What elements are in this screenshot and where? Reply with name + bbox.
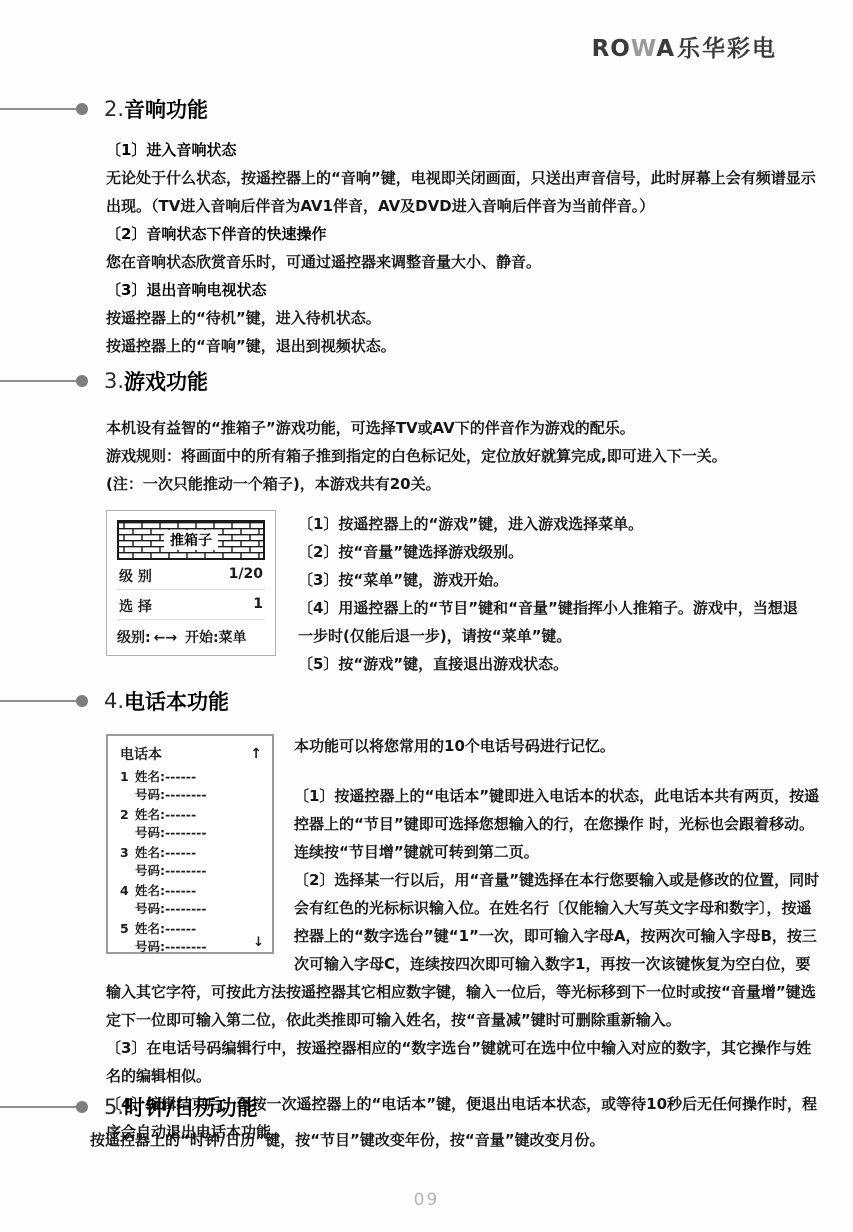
game-level-value: 1/20	[229, 566, 263, 586]
section-marker-line	[0, 380, 76, 382]
entry-number: 5	[120, 920, 135, 956]
section-clock: 5. 时钟/日历功能 按遥控器上的“时钟/日历”键，按“节目”键改变年份，按“音…	[0, 1092, 853, 1154]
paragraph: 无论处于什么状态，按遥控器上的“音响”键，电视即关闭画面，只送出声音信号，此时屏…	[106, 164, 820, 220]
phonebook-entry: 5 姓名:------号码:--------	[120, 920, 262, 956]
section-marker-line	[0, 108, 76, 110]
paragraph: 您在音响状态欣赏音乐时，可通过遥控器来调整音量大小、静音。	[106, 248, 820, 276]
down-arrow-icon: ↓	[253, 935, 264, 950]
section-audio-content: 〔1〕进入音响状态 无论处于什么状态，按遥控器上的“音响”键，电视即关闭画面，只…	[106, 136, 820, 360]
game-select-value: 1	[253, 596, 263, 616]
section-game: 3. 游戏功能 本机设有益智的“推箱子”游戏功能，可选择TV或AV下的伴音作为游…	[0, 366, 853, 678]
entry-name: 姓名:------	[135, 920, 207, 938]
game-select-label: 选 择	[119, 596, 152, 616]
subheading: 〔2〕音响状态下伴音的快速操作	[106, 220, 820, 248]
up-arrow-icon: ↑	[250, 746, 262, 762]
section-phonebook-heading: 4. 电话本功能	[0, 686, 853, 716]
entry-phone: 号码:--------	[135, 786, 207, 804]
section-bullet-icon	[76, 1101, 88, 1113]
game-level-row: 级 别 1/20	[117, 560, 265, 590]
section-title: 时钟/日历功能	[124, 1092, 258, 1122]
game-hint-row: 级别:←→ 开始:菜单	[117, 627, 265, 647]
phonebook-title: 电话本	[120, 744, 162, 764]
entry-name: 姓名:------	[135, 806, 207, 824]
paragraph: 按遥控器上的“音响”键，退出到视频状态。	[106, 332, 820, 360]
game-osd-row: 推箱子 级 别 1/20 选 择 1 级别:←→ 开始:菜单 〔1〕按	[106, 510, 820, 678]
section-phonebook-content: 电话本 ↑ 1 姓名:------号码:-------- 2 姓名:------…	[106, 732, 820, 1146]
entry-phone: 号码:--------	[135, 862, 207, 880]
subheading: 〔3〕退出音响电视状态	[106, 276, 820, 304]
entry-phone: 号码:--------	[135, 938, 207, 956]
phonebook-entry: 2 姓名:------号码:--------	[120, 806, 262, 842]
section-game-content: 本机设有益智的“推箱子”游戏功能，可选择TV或AV下的伴音作为游戏的配乐。 游戏…	[106, 414, 820, 678]
section-number: 3.	[104, 369, 124, 393]
entry-number: 4	[120, 882, 135, 918]
section-title: 电话本功能	[124, 686, 229, 716]
level-hint-label: 级别:	[117, 630, 151, 646]
paragraph: 本机设有益智的“推箱子”游戏功能，可选择TV或AV下的伴音作为游戏的配乐。	[106, 414, 820, 442]
brand-logo: ROWA乐华彩电	[592, 30, 777, 63]
paragraph: 游戏规则：将画面中的所有箱子推到指定的白色标记处，定位放好就算完成,即可进入下一…	[106, 442, 820, 470]
section-phonebook: 4. 电话本功能 电话本 ↑ 1 姓名:------号码:-------- 2 …	[0, 686, 853, 1146]
phonebook-osd-box: 电话本 ↑ 1 姓名:------号码:-------- 2 姓名:------…	[106, 734, 274, 954]
entry-name: 姓名:------	[135, 768, 207, 786]
paragraph: (注：一次只能推动一个箱子)，本游戏共有20关。	[106, 470, 820, 498]
section-number: 4.	[104, 689, 124, 713]
phonebook-entry: 4 姓名:------号码:--------	[120, 882, 262, 918]
entry-phone: 号码:--------	[135, 900, 207, 918]
game-step: 〔4〕用遥控器上的“节目”键和“音量”键指挥小人推箱子。游戏中，当想退一步时(仅…	[298, 594, 803, 650]
brand-logo-chinese: 乐华彩电	[677, 36, 777, 62]
entry-name: 姓名:------	[135, 844, 207, 862]
game-select-row: 选 择 1	[117, 590, 265, 620]
entry-name: 姓名:------	[135, 882, 207, 900]
entry-number: 2	[120, 806, 135, 842]
section-game-heading: 3. 游戏功能	[0, 366, 853, 396]
entry-phone: 号码:--------	[135, 824, 207, 842]
game-step: 〔2〕按“音量”键选择游戏级别。	[298, 538, 803, 566]
start-hint-label: 开始:菜单	[185, 630, 247, 646]
subheading: 〔1〕进入音响状态	[106, 136, 820, 164]
phonebook-entry: 3 姓名:------号码:--------	[120, 844, 262, 880]
section-title: 音响功能	[124, 94, 208, 124]
paragraph: 按遥控器上的“待机”键，进入待机状态。	[106, 304, 820, 332]
section-marker-line	[0, 700, 76, 702]
section-clock-content: 按遥控器上的“时钟/日历”键，按“节目”键改变年份，按“音量”键改变月份。	[90, 1126, 820, 1154]
brand-logo-a: A	[656, 36, 675, 62]
game-brick-banner: 推箱子	[117, 520, 265, 560]
section-bullet-icon	[76, 103, 88, 115]
section-marker-line	[0, 1106, 76, 1108]
section-number: 2.	[104, 97, 124, 121]
section-clock-heading: 5. 时钟/日历功能	[0, 1092, 853, 1122]
game-osd-box: 推箱子 级 别 1/20 选 择 1 级别:←→ 开始:菜单	[106, 510, 276, 656]
paragraph: 按遥控器上的“时钟/日历”键，按“节目”键改变年份，按“音量”键改变月份。	[90, 1126, 820, 1154]
brand-logo-ro: RO	[592, 36, 631, 62]
game-steps: 〔1〕按遥控器上的“游戏”键，进入游戏选择菜单。 〔2〕按“音量”键选择游戏级别…	[298, 510, 803, 678]
paragraph: 〔3〕在电话号码编辑行中，按遥控器相应的“数字选台”键就可在选中位中输入对应的数…	[106, 1034, 820, 1090]
game-step: 〔3〕按“菜单”键，游戏开始。	[298, 566, 803, 594]
manual-page: ROWA乐华彩电 2. 音响功能 〔1〕进入音响状态 无论处于什么状态，按遥控器…	[0, 0, 853, 1232]
section-number: 5.	[104, 1095, 124, 1119]
section-bullet-icon	[76, 695, 88, 707]
brand-logo-w: W	[631, 36, 656, 62]
section-bullet-icon	[76, 375, 88, 387]
game-step: 〔5〕按“游戏”键，直接退出游戏状态。	[298, 650, 803, 678]
section-audio-heading: 2. 音响功能	[0, 94, 853, 124]
game-step: 〔1〕按遥控器上的“游戏”键，进入游戏选择菜单。	[298, 510, 803, 538]
entry-number: 1	[120, 768, 135, 804]
phonebook-title-row: 电话本 ↑	[120, 744, 262, 764]
game-level-label: 级 别	[119, 566, 152, 586]
left-right-arrows-icon: ←→	[154, 630, 177, 646]
page-number: 09	[0, 1190, 853, 1210]
phonebook-entry: 1 姓名:------号码:--------	[120, 768, 262, 804]
entry-number: 3	[120, 844, 135, 880]
section-audio: 2. 音响功能 〔1〕进入音响状态 无论处于什么状态，按遥控器上的“音响”键，电…	[0, 94, 853, 360]
section-title: 游戏功能	[124, 366, 208, 396]
game-title: 推箱子	[164, 530, 218, 550]
